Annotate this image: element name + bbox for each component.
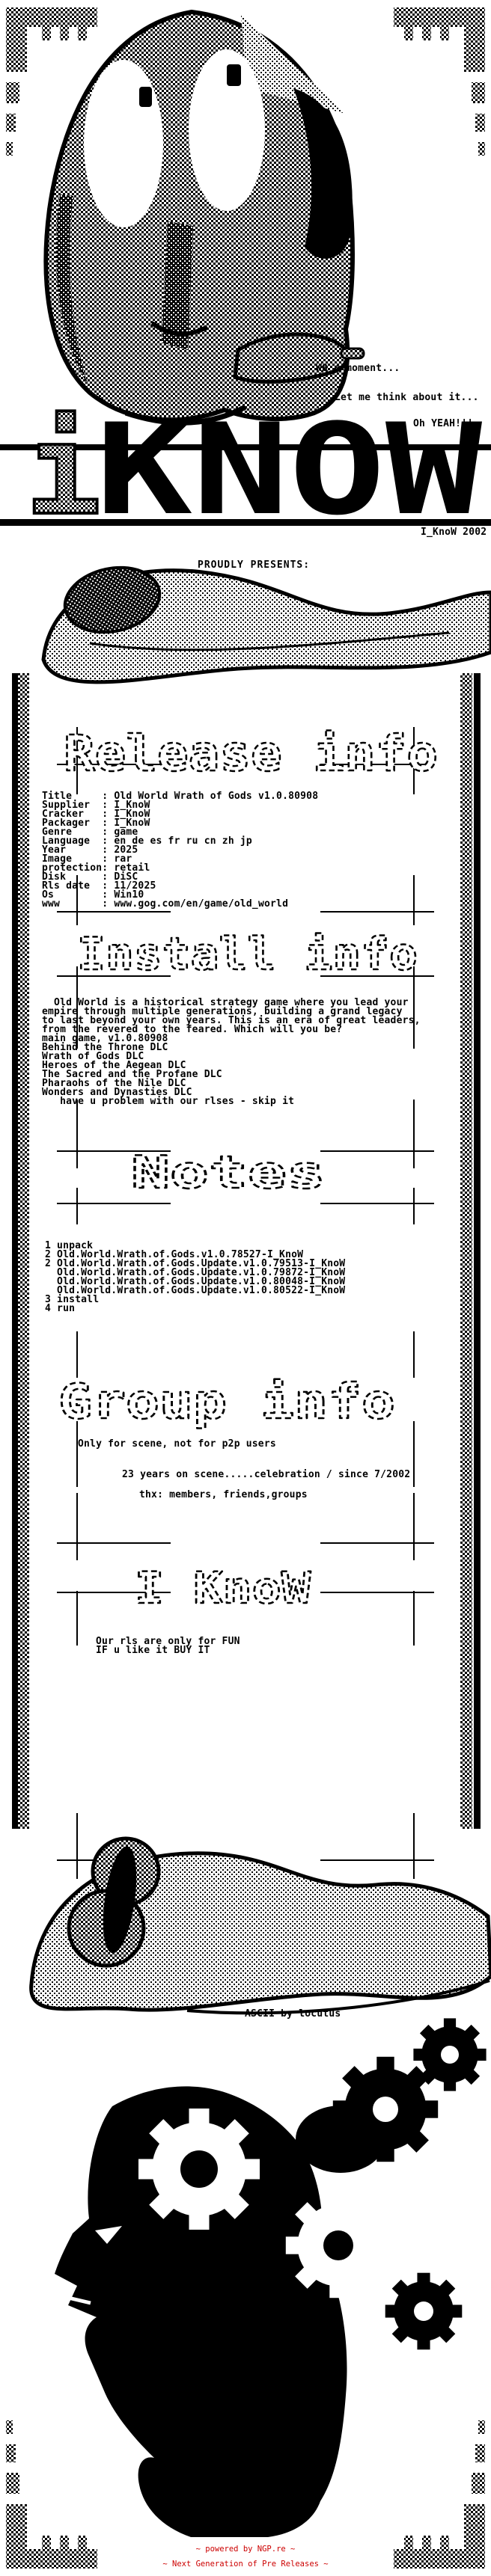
- corner-ornament-top-right: [394, 7, 485, 156]
- white-gear-large: [138, 2109, 260, 2230]
- ascii-credit: ASCII by locutus: [245, 2010, 341, 2019]
- speech-line-think: Let me think about it...: [335, 393, 479, 402]
- white-gear-medium: [286, 2193, 391, 2298]
- group-year-tag: I_KnoW 2002: [421, 528, 487, 537]
- section-header-iknow: I KnoW: [135, 1563, 311, 1613]
- scroll-top-roll: [43, 559, 491, 682]
- black-gear-large: [333, 2057, 438, 2162]
- footer-powered-by: ~ powered by NGP.re ~: [0, 2545, 491, 2554]
- release-info-table: Title : Old World Wrath of Gods v1.0.809…: [42, 792, 318, 909]
- section-header-release-info: Release info: [64, 725, 438, 782]
- black-gear-small-top: [413, 2018, 486, 2091]
- alien-head-illustration: [46, 12, 364, 423]
- section-header-install-info: Install info: [77, 928, 418, 981]
- gear-head-illustration: [55, 2018, 487, 2537]
- scroll-bottom-roll: [31, 1839, 491, 2013]
- proudly-presents: PROUDLY PRESENTS:: [198, 561, 310, 570]
- section-header-group-info: Group info: [58, 1375, 395, 1430]
- nfo-page: i KNOW Release info Install info Notes G…: [0, 0, 491, 2576]
- notes-list: 1 unpack 2 Old.World.Wrath.of.Gods.v1.0.…: [45, 1242, 345, 1313]
- speech-line-w8: W8 a moment...: [316, 364, 400, 373]
- install-info-text: Old World is a historical strategy game …: [42, 999, 421, 1106]
- footer-ngp-slogan: ~ Next Generation of Pre Releases ~: [0, 2560, 491, 2569]
- black-gear-small-bottom: [385, 2273, 463, 2350]
- speech-line-yeah: Oh YEAH!!!: [413, 420, 473, 429]
- section-header-notes: Notes: [131, 1147, 326, 1199]
- group-info-line-scene: Only for scene, not for p2p users: [78, 1440, 276, 1449]
- group-info-line-years: 23 years on scene.....celebration / sinc…: [122, 1471, 410, 1479]
- fun-lines: Our rls are only for FUN IF u like it BU…: [96, 1637, 240, 1655]
- group-info-line-thanks: thx: members, friends,groups: [139, 1491, 308, 1500]
